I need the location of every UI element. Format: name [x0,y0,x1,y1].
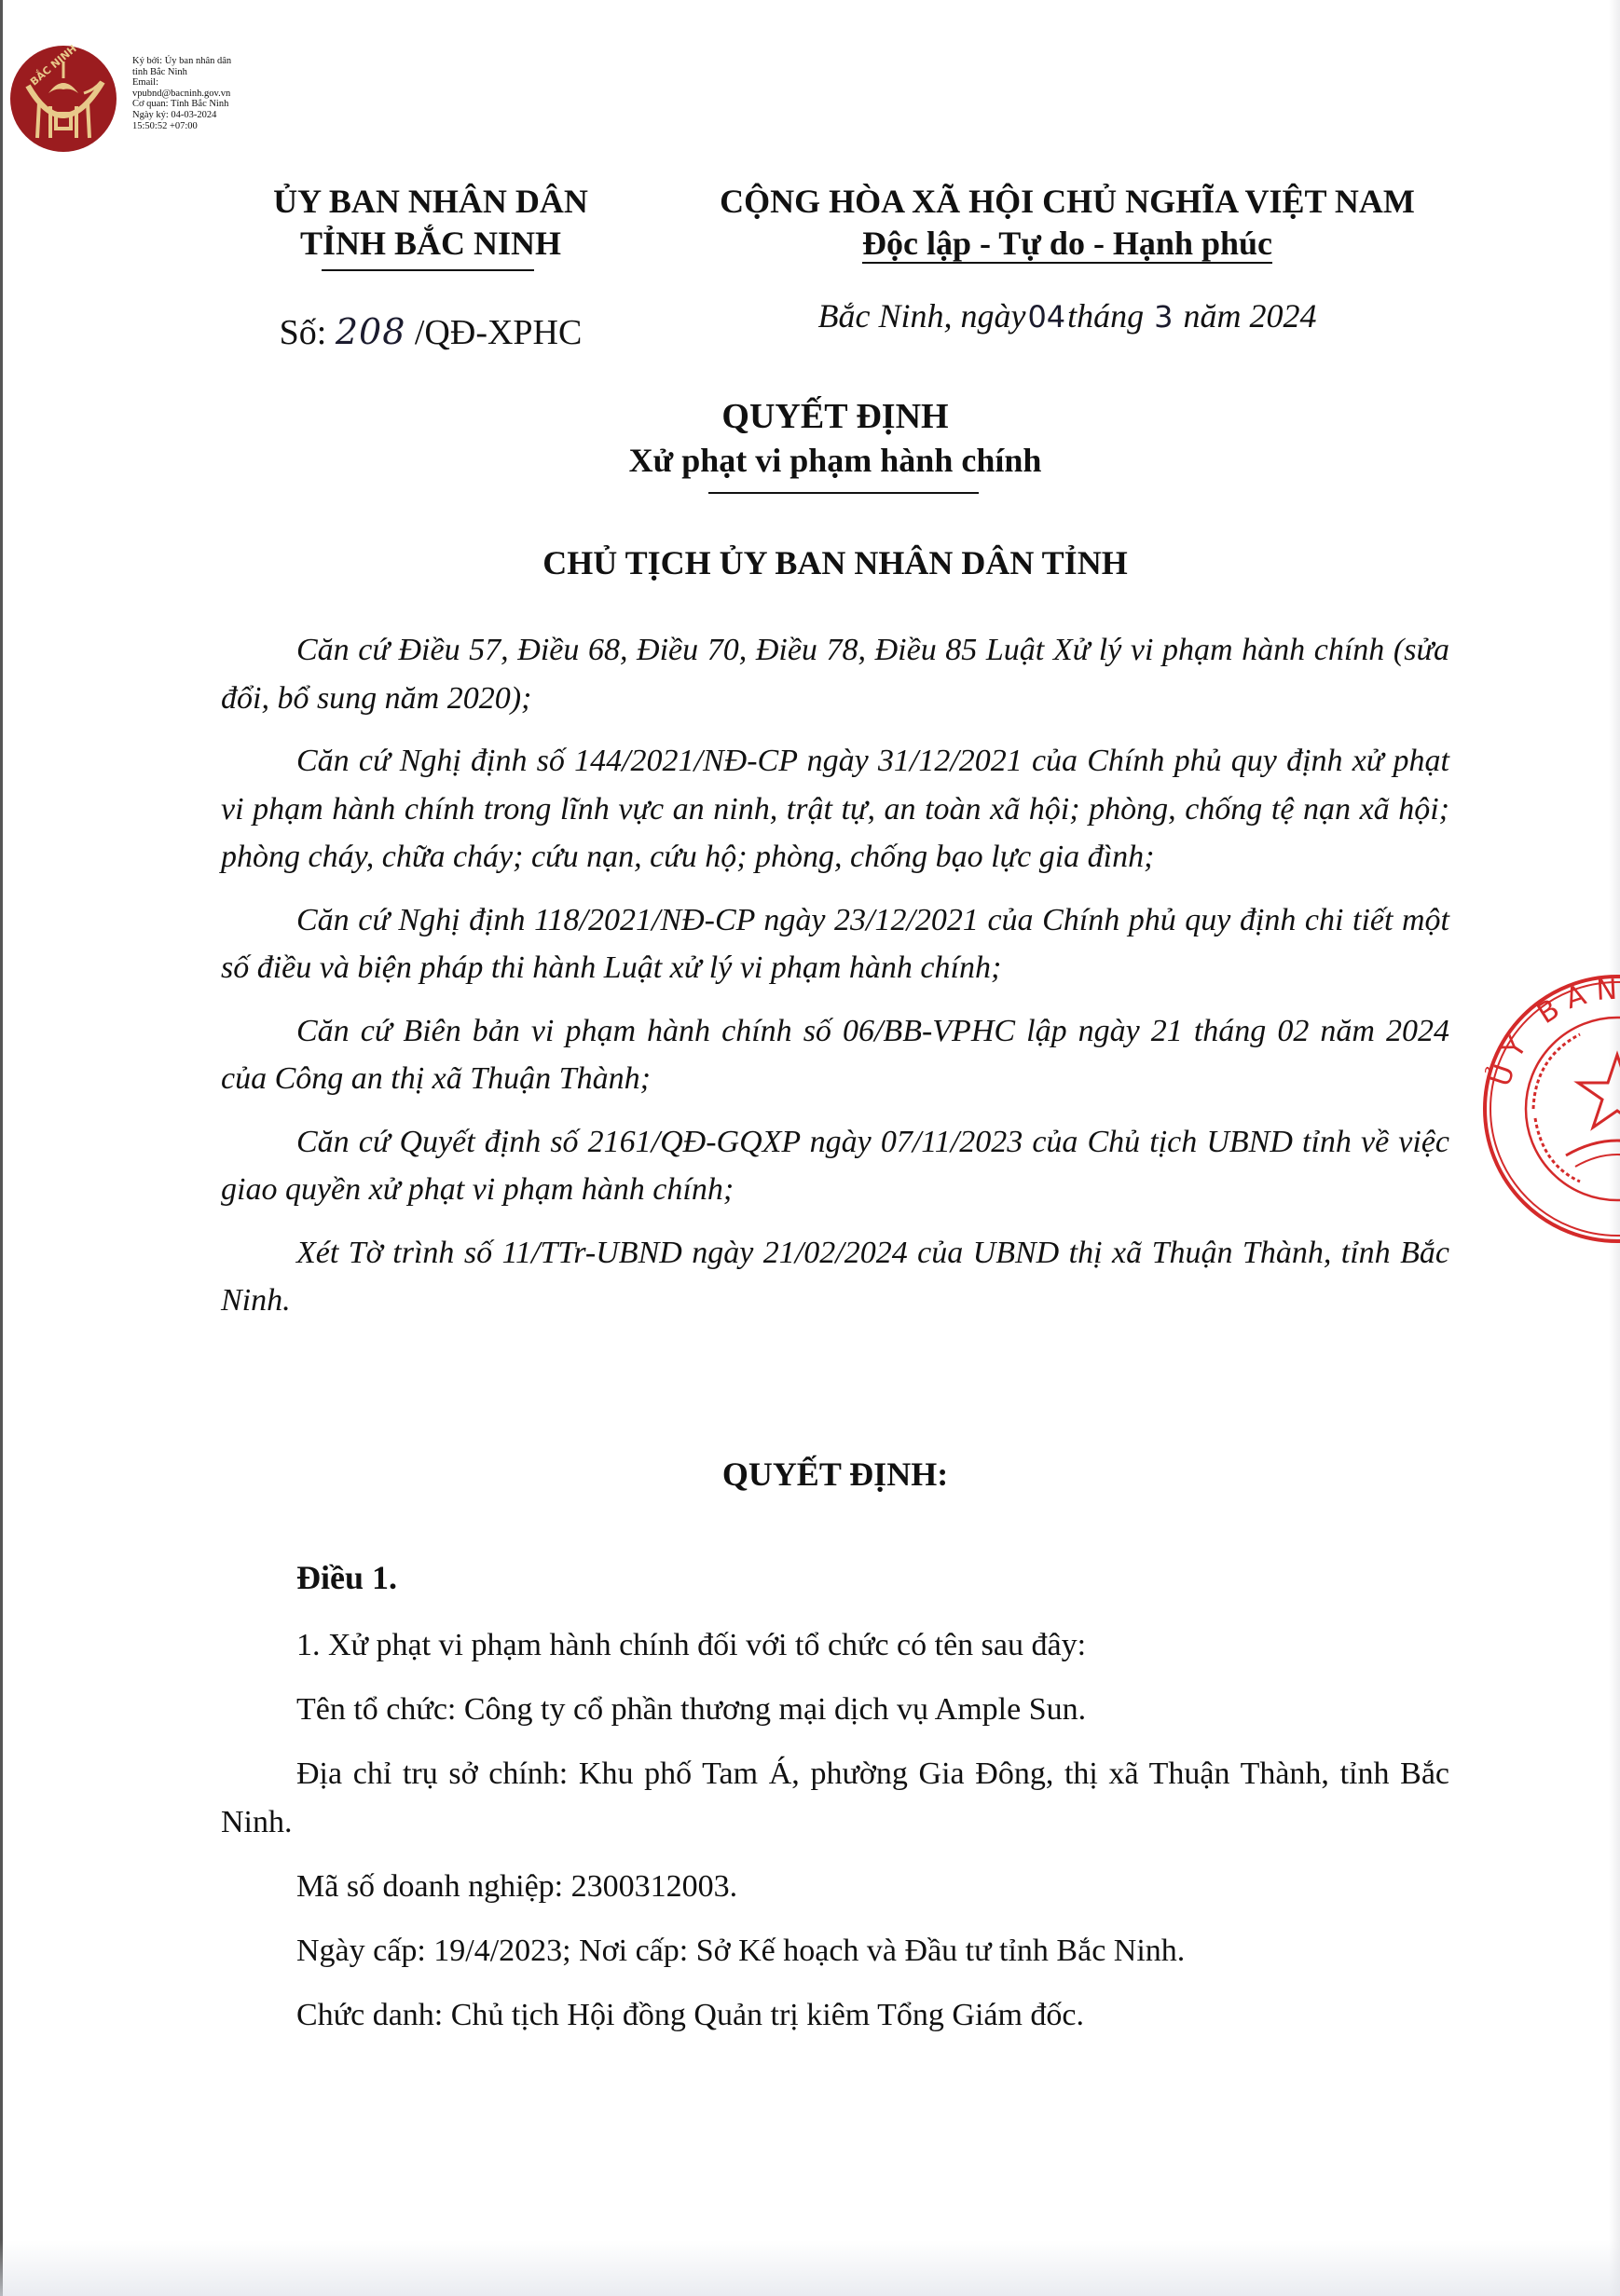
scan-edge-left [0,0,3,2296]
number-suffix: /QĐ-XPHC [415,313,582,352]
subject-underline [708,492,979,494]
red-official-seal-icon: ỦY BAN NHÂN DÂN [1477,969,1620,1249]
issuing-agency: ỦY BAN NHÂN DÂN TỈNH BẮC NINH [226,181,636,265]
agency-line-2: TỈNH BẮC NINH [226,223,636,265]
sign-date: Ngày ký: 04-03-2024 [132,110,231,121]
agency-line-1: ỦY BAN NHÂN DÂN [226,181,636,223]
decision-heading: QUYẾT ĐỊNH: [221,1455,1449,1494]
issue-info: Ngày cấp: 19/4/2023; Nơi cấp: Sở Kế hoạc… [221,1927,1449,1975]
document-type: QUYẾT ĐỊNH [221,396,1449,437]
number-label: Số: [280,313,327,352]
organization-address: Địa chỉ trụ sở chính: Khu phố Tam Á, phư… [221,1750,1449,1847]
national-title: CỘNG HÒA XÃ HỘI CHỦ NGHĨA VIỆT NAM Độc l… [680,181,1454,265]
basis-paragraph: Căn cứ Nghị định 118/2021/NĐ-CP ngày 23/… [221,896,1449,992]
basis-paragraph: Xét Tờ trình số 11/TTr-UBND ngày 21/02/2… [221,1229,1449,1325]
document-number: Số: 208 /QĐ-XPHC [226,311,636,353]
sign-time: 15:50:52 +07:00 [132,121,231,132]
legal-basis: Căn cứ Điều 57, Điều 68, Điều 70, Điều 7… [221,626,1449,1340]
digital-signature-info: Ký bởi: Ủy ban nhân dân tỉnh Bắc Ninh Em… [132,56,231,131]
position-title: Chức danh: Chủ tịch Hội đồng Quản trị ki… [221,1991,1449,2040]
email-value: vpubnd@bacninh.gov.vn [132,89,231,100]
nation-name: CỘNG HÒA XÃ HỘI CHỦ NGHĨA VIỆT NAM [680,181,1454,223]
year: năm 2024 [1184,297,1317,335]
place: Bắc Ninh, ngày [817,297,1025,335]
national-motto: Độc lập - Tự do - Hạnh phúc [862,225,1272,264]
bac-ninh-emblem-icon: BẮC NINH [9,45,117,153]
scan-shadow-bottom [0,2240,1620,2296]
organization-name: Tên tổ chức: Công ty cổ phần thương mại … [221,1686,1449,1734]
business-code: Mã số doanh nghiệp: 2300312003. [221,1863,1449,1911]
basis-paragraph: Căn cứ Nghị định số 144/2021/NĐ-CP ngày … [221,737,1449,881]
document-subject: Xử phạt vi phạm hành chính [221,441,1449,480]
article-paragraph: 1. Xử phạt vi phạm hành chính đối với tổ… [221,1621,1449,1670]
basis-paragraph: Căn cứ Quyết định số 2161/QĐ-GQXP ngày 0… [221,1118,1449,1214]
month-handwritten: 3 [1154,299,1173,335]
svg-text:ỦY BAN NHÂN DÂN: ỦY BAN NHÂN DÂN [1480,973,1620,1198]
place-and-date: Bắc Ninh, ngày04tháng 3 năm 2024 [680,296,1454,335]
signer-line: Ký bởi: Ủy ban nhân dân [132,56,231,67]
number-value-handwritten: 208 [336,311,406,352]
day-handwritten: 04 [1027,299,1065,335]
article-content: 1. Xử phạt vi phạm hành chính đối với tổ… [221,1621,1449,2056]
email-label: Email: [132,77,231,89]
article-title: Điều 1. [296,1558,397,1597]
issuing-authority: CHỦ TỊCH ỦY BAN NHÂN DÂN TỈNH [221,543,1449,582]
basis-paragraph: Căn cứ Biên bản vi phạm hành chính số 06… [221,1007,1449,1103]
signer-line: tỉnh Bắc Ninh [132,67,231,78]
month-label: tháng [1067,297,1144,335]
agency-line: Cơ quan: Tỉnh Bắc Ninh [132,99,231,110]
basis-paragraph: Căn cứ Điều 57, Điều 68, Điều 70, Điều 7… [221,626,1449,722]
agency-underline [322,269,534,271]
